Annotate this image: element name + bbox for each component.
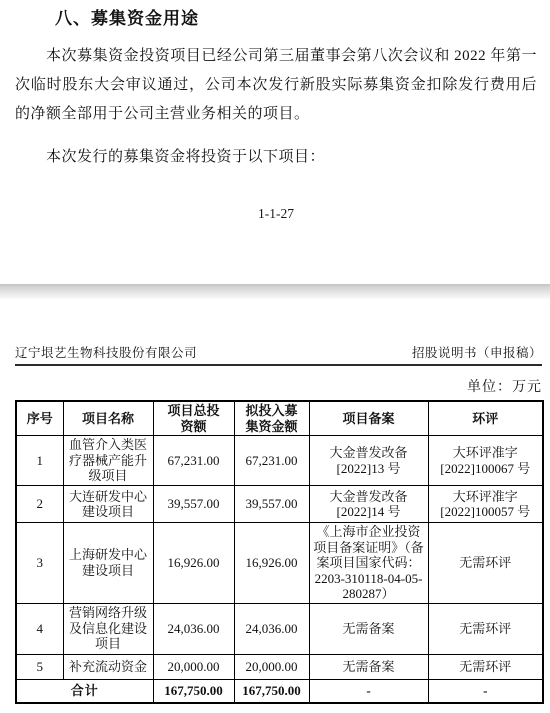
cell-raised-amount: 67,231.00 [234, 436, 309, 486]
cell-eia: 无需环评 [428, 603, 543, 654]
running-header: 辽宁垠艺生物科技股份有限公司 招股说明书（申报稿） [15, 346, 542, 366]
table-total-row: 合计 167,750.00 167,750.00 - - [16, 679, 543, 703]
cell-filing: 无需备案 [309, 654, 428, 679]
cell-no: 4 [16, 603, 63, 654]
total-label: 合计 [16, 679, 153, 703]
cell-no: 1 [16, 436, 63, 486]
page1-content: 八、募集资金用途 本次募集资金投资项目已经公司第三届董事会第八次会议和 2022… [0, 0, 550, 222]
cell-total-investment: 67,231.00 [153, 436, 234, 486]
table-row: 2 大连研发中心建设项目 39,557.00 39,557.00 大金普发改备[… [16, 486, 543, 523]
cell-eia: 无需环评 [428, 523, 543, 604]
fund-use-table: 序号 项目名称 项目总投 资额 拟投入募 集资金额 项目备案 环评 1 血管介入… [15, 400, 544, 704]
page2-content: 辽宁垠艺生物科技股份有限公司 招股说明书（申报稿） 单位：万元 序号 项目名称 … [0, 346, 550, 704]
cell-raised-amount: 20,000.00 [234, 654, 309, 679]
cell-project-name: 血管介入类医疗器械产能升级项目 [63, 436, 153, 486]
cell-total-investment: 24,036.00 [153, 603, 234, 654]
col-header-filing: 项目备案 [309, 401, 428, 436]
cell-filing: 无需备案 [309, 603, 428, 654]
cell-no: 2 [16, 486, 63, 523]
cell-eia: 无需环评 [428, 654, 543, 679]
cell-project-name: 上海研发中心建设项目 [63, 523, 153, 604]
paragraph-intro-projects: 本次发行的募集资金将投资于以下项目： [15, 143, 537, 172]
col-header-no: 序号 [16, 401, 63, 436]
col-header-name: 项目名称 [63, 401, 153, 436]
cell-project-name: 补充流动资金 [63, 654, 153, 679]
cell-filing: 大金普发改备[2022]13 号 [309, 436, 428, 486]
cell-eia: 大环评准字[2022]100057 号 [428, 486, 543, 523]
total-eia: - [428, 679, 543, 703]
cell-total-investment: 20,000.00 [153, 654, 234, 679]
unit-label: 单位：万元 [15, 380, 542, 395]
total-raised-sum: 167,750.00 [234, 679, 309, 703]
col-header-raised-amount: 拟投入募 集资金额 [234, 401, 309, 436]
col-header-eia: 环评 [428, 401, 543, 436]
total-filing: - [309, 679, 428, 703]
cell-filing: 大金普发改备[2022]14 号 [309, 486, 428, 523]
table-row: 5 补充流动资金 20,000.00 20,000.00 无需备案 无需环评 [16, 654, 543, 679]
cell-filing: 《上海市企业投资项目备案证明》（备案项目国家代码：2203-310118-04-… [309, 523, 428, 604]
cell-total-investment: 39,557.00 [153, 486, 234, 523]
cell-project-name: 大连研发中心建设项目 [63, 486, 153, 523]
cell-no: 3 [16, 523, 63, 604]
page-number: 1-1-27 [15, 206, 537, 222]
total-investment-sum: 167,750.00 [153, 679, 234, 703]
cell-project-name: 营销网络升级及信息化建设项目 [63, 603, 153, 654]
cell-eia: 大环评准字[2022]100067 号 [428, 436, 543, 486]
cell-total-investment: 16,926.00 [153, 523, 234, 604]
doc-title: 招股说明书（申报稿） [412, 346, 542, 360]
cell-raised-amount: 16,926.00 [234, 523, 309, 604]
paragraph-approval: 本次募集资金投资项目已经公司第三届董事会第八次会议和 2022 年第一次临时股东… [15, 42, 537, 129]
cell-raised-amount: 24,036.00 [234, 603, 309, 654]
page-break-divider [0, 284, 550, 300]
table-row: 4 营销网络升级及信息化建设项目 24,036.00 24,036.00 无需备… [16, 603, 543, 654]
cell-no: 5 [16, 654, 63, 679]
company-name: 辽宁垠艺生物科技股份有限公司 [15, 346, 197, 360]
section-heading: 八、募集资金用途 [55, 8, 537, 30]
table-header-row: 序号 项目名称 项目总投 资额 拟投入募 集资金额 项目备案 环评 [16, 401, 543, 436]
col-header-total-investment: 项目总投 资额 [153, 401, 234, 436]
table-row: 3 上海研发中心建设项目 16,926.00 16,926.00 《上海市企业投… [16, 523, 543, 604]
table-row: 1 血管介入类医疗器械产能升级项目 67,231.00 67,231.00 大金… [16, 436, 543, 486]
cell-raised-amount: 39,557.00 [234, 486, 309, 523]
